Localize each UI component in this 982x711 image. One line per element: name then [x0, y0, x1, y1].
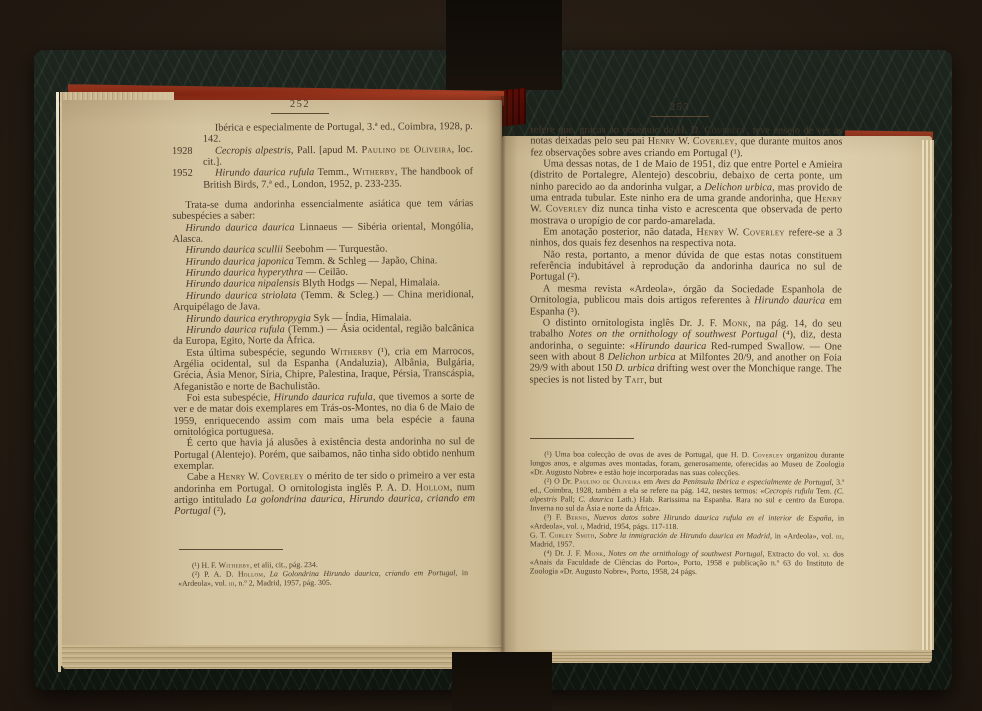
footnote: (²) P. A. D. Hollom, La Golondrina Hirun…	[178, 568, 468, 588]
paragraph: Hirundo daurica daurica Linnaeus — Sibér…	[172, 221, 473, 246]
footnote: (³) F. Bernis, Nuevos datos sobre Hirund…	[530, 512, 844, 549]
paragraph: Hirundo daurica striolata (Temm. & Scleg…	[173, 289, 474, 314]
paragraph: Uma dessas notas, de 1 de Maio de 1951, …	[530, 158, 842, 227]
right-text-column: refere que, graças ao obséquio de H. D. …	[530, 124, 843, 386]
paragraph: Trata-se duma andorinha essencialmente a…	[172, 198, 473, 223]
reference-entry: 1952Hirundo daurica rufula Temm., Wither…	[203, 166, 473, 190]
spine-top-notch	[446, 0, 562, 90]
reference-year: 1952	[172, 168, 193, 179]
reference-entry: 1928Cecropis alpestris, Pall. [apud M. P…	[203, 144, 473, 168]
reference-list: Ibérica e especialmente de Portugal, 3.ª…	[203, 121, 473, 191]
paragraph: Hirundo daurica japonica Temm. & Schleg …	[173, 255, 474, 268]
footnote: (²) O Dr. Paulino de Oliveira em Aves da…	[530, 476, 844, 513]
reference-text: Ibérica e especialmente de Portugal, 3.ª…	[203, 121, 473, 145]
paragraph: Hirundo daurica rufula (Temm.) — Ásia oc…	[173, 323, 474, 348]
footnote-rule-right	[530, 438, 634, 439]
reference-year: 1928	[172, 145, 193, 156]
page-edge-stack-bottom-right	[502, 650, 932, 663]
footnote: (¹) Uma boa colecção de ovos de aves de …	[530, 449, 844, 477]
footnote: (⁴) Dr. J. F. Monk, Notes on the ornitho…	[530, 548, 844, 576]
paragraph: Não resta, portanto, a menor dúvida de q…	[530, 249, 842, 284]
footnote-rule-left	[179, 549, 283, 550]
paragraph: refere que, graças ao obséquio de H. D. …	[530, 124, 842, 159]
page-edge-stack-right	[922, 140, 934, 650]
paragraph: Cabe a Henry W. Coverley o mérito de ter…	[174, 470, 475, 517]
paragraph: O distinto ornitologista inglês Dr. J. F…	[530, 317, 842, 386]
paragraph: Esta última subespécie, segundo Witherby…	[173, 346, 474, 393]
spine-bottom-notch	[452, 652, 552, 711]
paragraph: É certo que havia já alusões à existênci…	[174, 436, 475, 472]
left-text-column: Ibérica e especialmente de Portugal, 3.ª…	[172, 121, 475, 518]
photographed-open-book: { "colors": { "background": "#251c13", "…	[0, 0, 982, 711]
reference-text: Hirundo daurica rufula Temm., Witherby, …	[203, 166, 473, 190]
paragraph: A mesma revista «Ardeola», órgão da Soci…	[530, 283, 842, 318]
paragraph: Em anotação posterior, não datada, Henry…	[530, 227, 842, 251]
paragraph: Foi esta subespécie, Hirundo daurica ruf…	[173, 391, 474, 438]
reference-text: Cecropis alpestris, Pall. [apud M. Pauli…	[203, 144, 473, 168]
left-footnotes: (¹) H. F. Witherby, et alii, cit., pág. …	[178, 559, 468, 588]
right-footnotes: (¹) Uma boa colecção de ovos de aves de …	[530, 449, 844, 576]
gutter-shadow	[486, 96, 518, 662]
page-number-right: 253	[651, 102, 709, 117]
reference-entry: Ibérica e especialmente de Portugal, 3.ª…	[203, 121, 473, 145]
page-number-left: 252	[271, 99, 329, 114]
page-edge-stack-bottom-left	[62, 645, 502, 669]
